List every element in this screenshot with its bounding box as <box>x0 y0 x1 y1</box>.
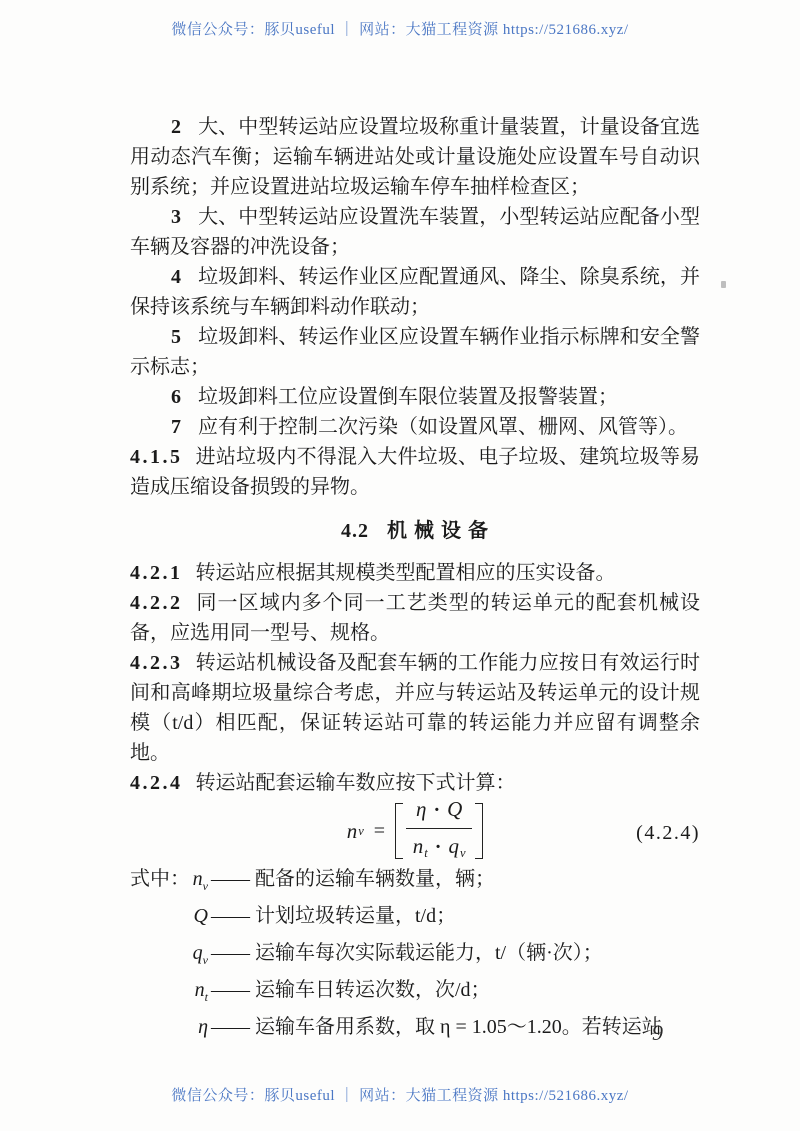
formula-legend: 式中： nv —— 配备的运输车辆数量，辆； Q —— 计划垃圾转运量，t/d；… <box>130 864 700 1049</box>
item-text: 垃圾卸料工位应设置倒车限位装置及报警装置； <box>198 386 618 408</box>
item-number: 2 <box>171 116 182 138</box>
clause-number: 4.2.2 <box>130 592 183 614</box>
item-number: 4 <box>171 266 182 288</box>
clause-4-2-2: 4.2.2同一区域内多个同一工艺类型的转运单元的配套机械设备，应选用同一型号、规… <box>130 588 700 648</box>
equation-number: (4.2.4) <box>636 818 700 848</box>
header-watermark: 微信公众号：豚贝useful ｜ 网站：大猫工程资源 https://52168… <box>0 18 800 39</box>
legend-row: η —— 运输车备用系数，取 η = 1.05～1.20。若转运站 <box>130 1012 700 1049</box>
item-text: 应有利于控制二次污染（如设置风罩、栅网、风管等）。 <box>198 416 688 438</box>
clause-number: 4.2.3 <box>130 652 183 674</box>
multiply-dot: · <box>433 799 440 821</box>
item-number: 3 <box>171 206 182 228</box>
clause-4-2-3: 4.2.3转运站机械设备及配套车辆的工作能力应按日有效运行时间和高峰期垃圾量综合… <box>130 648 700 768</box>
clause-text: 同一区域内多个同一工艺类型的转运单元的配套机械设备，应选用同一型号、规格。 <box>130 592 700 644</box>
legend-desc: 配备的运输车辆数量，辆； <box>255 864 495 894</box>
item-number: 5 <box>171 326 182 348</box>
footer-watermark: 微信公众号：豚贝useful ｜ 网站：大猫工程资源 https://52168… <box>0 1084 800 1105</box>
legend-var: nt <box>182 975 208 1012</box>
legend-row: qv —— 运输车每次实际载运能力，t/（辆·次）； <box>130 938 700 975</box>
multiply-dot: · <box>435 836 442 858</box>
list-item-6: 6垃圾卸料工位应设置倒车限位装置及报警装置； <box>130 382 700 412</box>
legend-desc: 运输车备用系数，取 η = 1.05～1.20。若转运站 <box>255 1012 662 1042</box>
eta-var: η <box>416 797 426 821</box>
fraction-denominator: nt·qv <box>413 829 466 868</box>
legend-dash: —— <box>211 938 249 968</box>
section-number: 4.2 <box>341 516 369 546</box>
list-item-7: 7应有利于控制二次污染（如设置风罩、栅网、风管等）。 <box>130 412 700 442</box>
clause-4-1-5: 4.1.5进站垃圾内不得混入大件垃圾、电子垃圾、建筑垃圾等易造成压缩设备损毁的异… <box>130 442 700 502</box>
legend-var: η <box>182 1012 208 1049</box>
legend-prefix: 式中： <box>130 864 182 894</box>
legend-row: 式中： nv —— 配备的运输车辆数量，辆； <box>130 864 700 901</box>
clause-number: 4.1.5 <box>130 446 183 468</box>
clause-text: 转运站应根据其规模类型配置相应的压实设备。 <box>196 562 616 584</box>
legend-desc: 运输车日转运次数，次/d； <box>255 975 491 1005</box>
item-text: 大、中型转运站应设置洗车装置，小型转运站应配备小型车辆及容器的冲洗设备； <box>130 206 700 258</box>
legend-var: Q <box>182 901 208 938</box>
section-title: 机 械 设 备 <box>387 516 489 546</box>
left-bracket <box>395 803 403 859</box>
legend-row: Q —— 计划垃圾转运量，t/d； <box>130 901 700 938</box>
q-var: q <box>448 834 459 858</box>
item-text: 大、中型转运站应设置垃圾称重计量装置，计量设备宜选用动态汽车衡；运输车辆进站处或… <box>130 116 700 198</box>
clause-text: 进站垃圾内不得混入大件垃圾、电子垃圾、建筑垃圾等易造成压缩设备损毁的异物。 <box>130 446 700 498</box>
list-item-5: 5垃圾卸料、转运作业区应设置车辆作业指示标牌和安全警示标志； <box>130 322 700 382</box>
equals-sign: = <box>374 816 385 846</box>
item-text: 垃圾卸料、转运作业区应设置车辆作业指示标牌和安全警示标志； <box>130 326 700 378</box>
formula-4-2-4: nv = η·Q nt·qv (4.2.4) <box>130 798 700 864</box>
page-number: 9 <box>652 1020 663 1046</box>
q-sub: v <box>460 846 466 860</box>
legend-dash: —— <box>211 975 249 1005</box>
legend-dash: —— <box>211 901 249 931</box>
clause-number: 4.2.1 <box>130 562 183 584</box>
item-number: 7 <box>171 416 182 438</box>
document-page: 微信公众号：豚贝useful ｜ 网站：大猫工程资源 https://52168… <box>0 0 800 1131</box>
fraction: η·Q nt·qv <box>406 794 472 868</box>
page-body: 2大、中型转运站应设置垃圾称重计量装置，计量设备宜选用动态汽车衡；运输车辆进站处… <box>130 112 700 1049</box>
fraction-numerator: η·Q <box>406 794 472 829</box>
n-var: n <box>413 834 424 858</box>
legend-desc: 运输车每次实际载运能力，t/（辆·次）； <box>255 938 603 968</box>
item-text: 垃圾卸料、转运作业区应配置通风、降尘、除臭系统，并保持该系统与车辆卸料动作联动； <box>130 266 700 318</box>
legend-var: nv <box>182 864 208 901</box>
q-capital-var: Q <box>447 797 462 821</box>
legend-var: qv <box>182 938 208 975</box>
legend-dash: —— <box>211 864 249 894</box>
right-bracket <box>475 803 483 859</box>
clause-number: 4.2.4 <box>130 772 183 794</box>
formula-lhs-var: n <box>347 816 358 846</box>
clause-text: 转运站机械设备及配套车辆的工作能力应按日有效运行时间和高峰期垃圾量综合考虑，并应… <box>130 652 700 764</box>
clause-4-2-1: 4.2.1转运站应根据其规模类型配置相应的压实设备。 <box>130 558 700 588</box>
list-item-4: 4垃圾卸料、转运作业区应配置通风、降尘、除臭系统，并保持该系统与车辆卸料动作联动… <box>130 262 700 322</box>
scan-artifact <box>721 281 726 288</box>
list-item-2: 2大、中型转运站应设置垃圾称重计量装置，计量设备宜选用动态汽车衡；运输车辆进站处… <box>130 112 700 202</box>
clause-text: 转运站配套运输车数应按下式计算： <box>196 772 516 794</box>
section-heading-4-2: 4.2 机 械 设 备 <box>130 516 700 546</box>
formula-lhs-sub: v <box>358 816 364 846</box>
n-sub: t <box>424 846 427 860</box>
item-number: 6 <box>171 386 182 408</box>
legend-dash: —— <box>211 1012 249 1042</box>
legend-row: nt —— 运输车日转运次数，次/d； <box>130 975 700 1012</box>
list-item-3: 3大、中型转运站应设置洗车装置，小型转运站应配备小型车辆及容器的冲洗设备； <box>130 202 700 262</box>
legend-desc: 计划垃圾转运量，t/d； <box>255 901 456 931</box>
